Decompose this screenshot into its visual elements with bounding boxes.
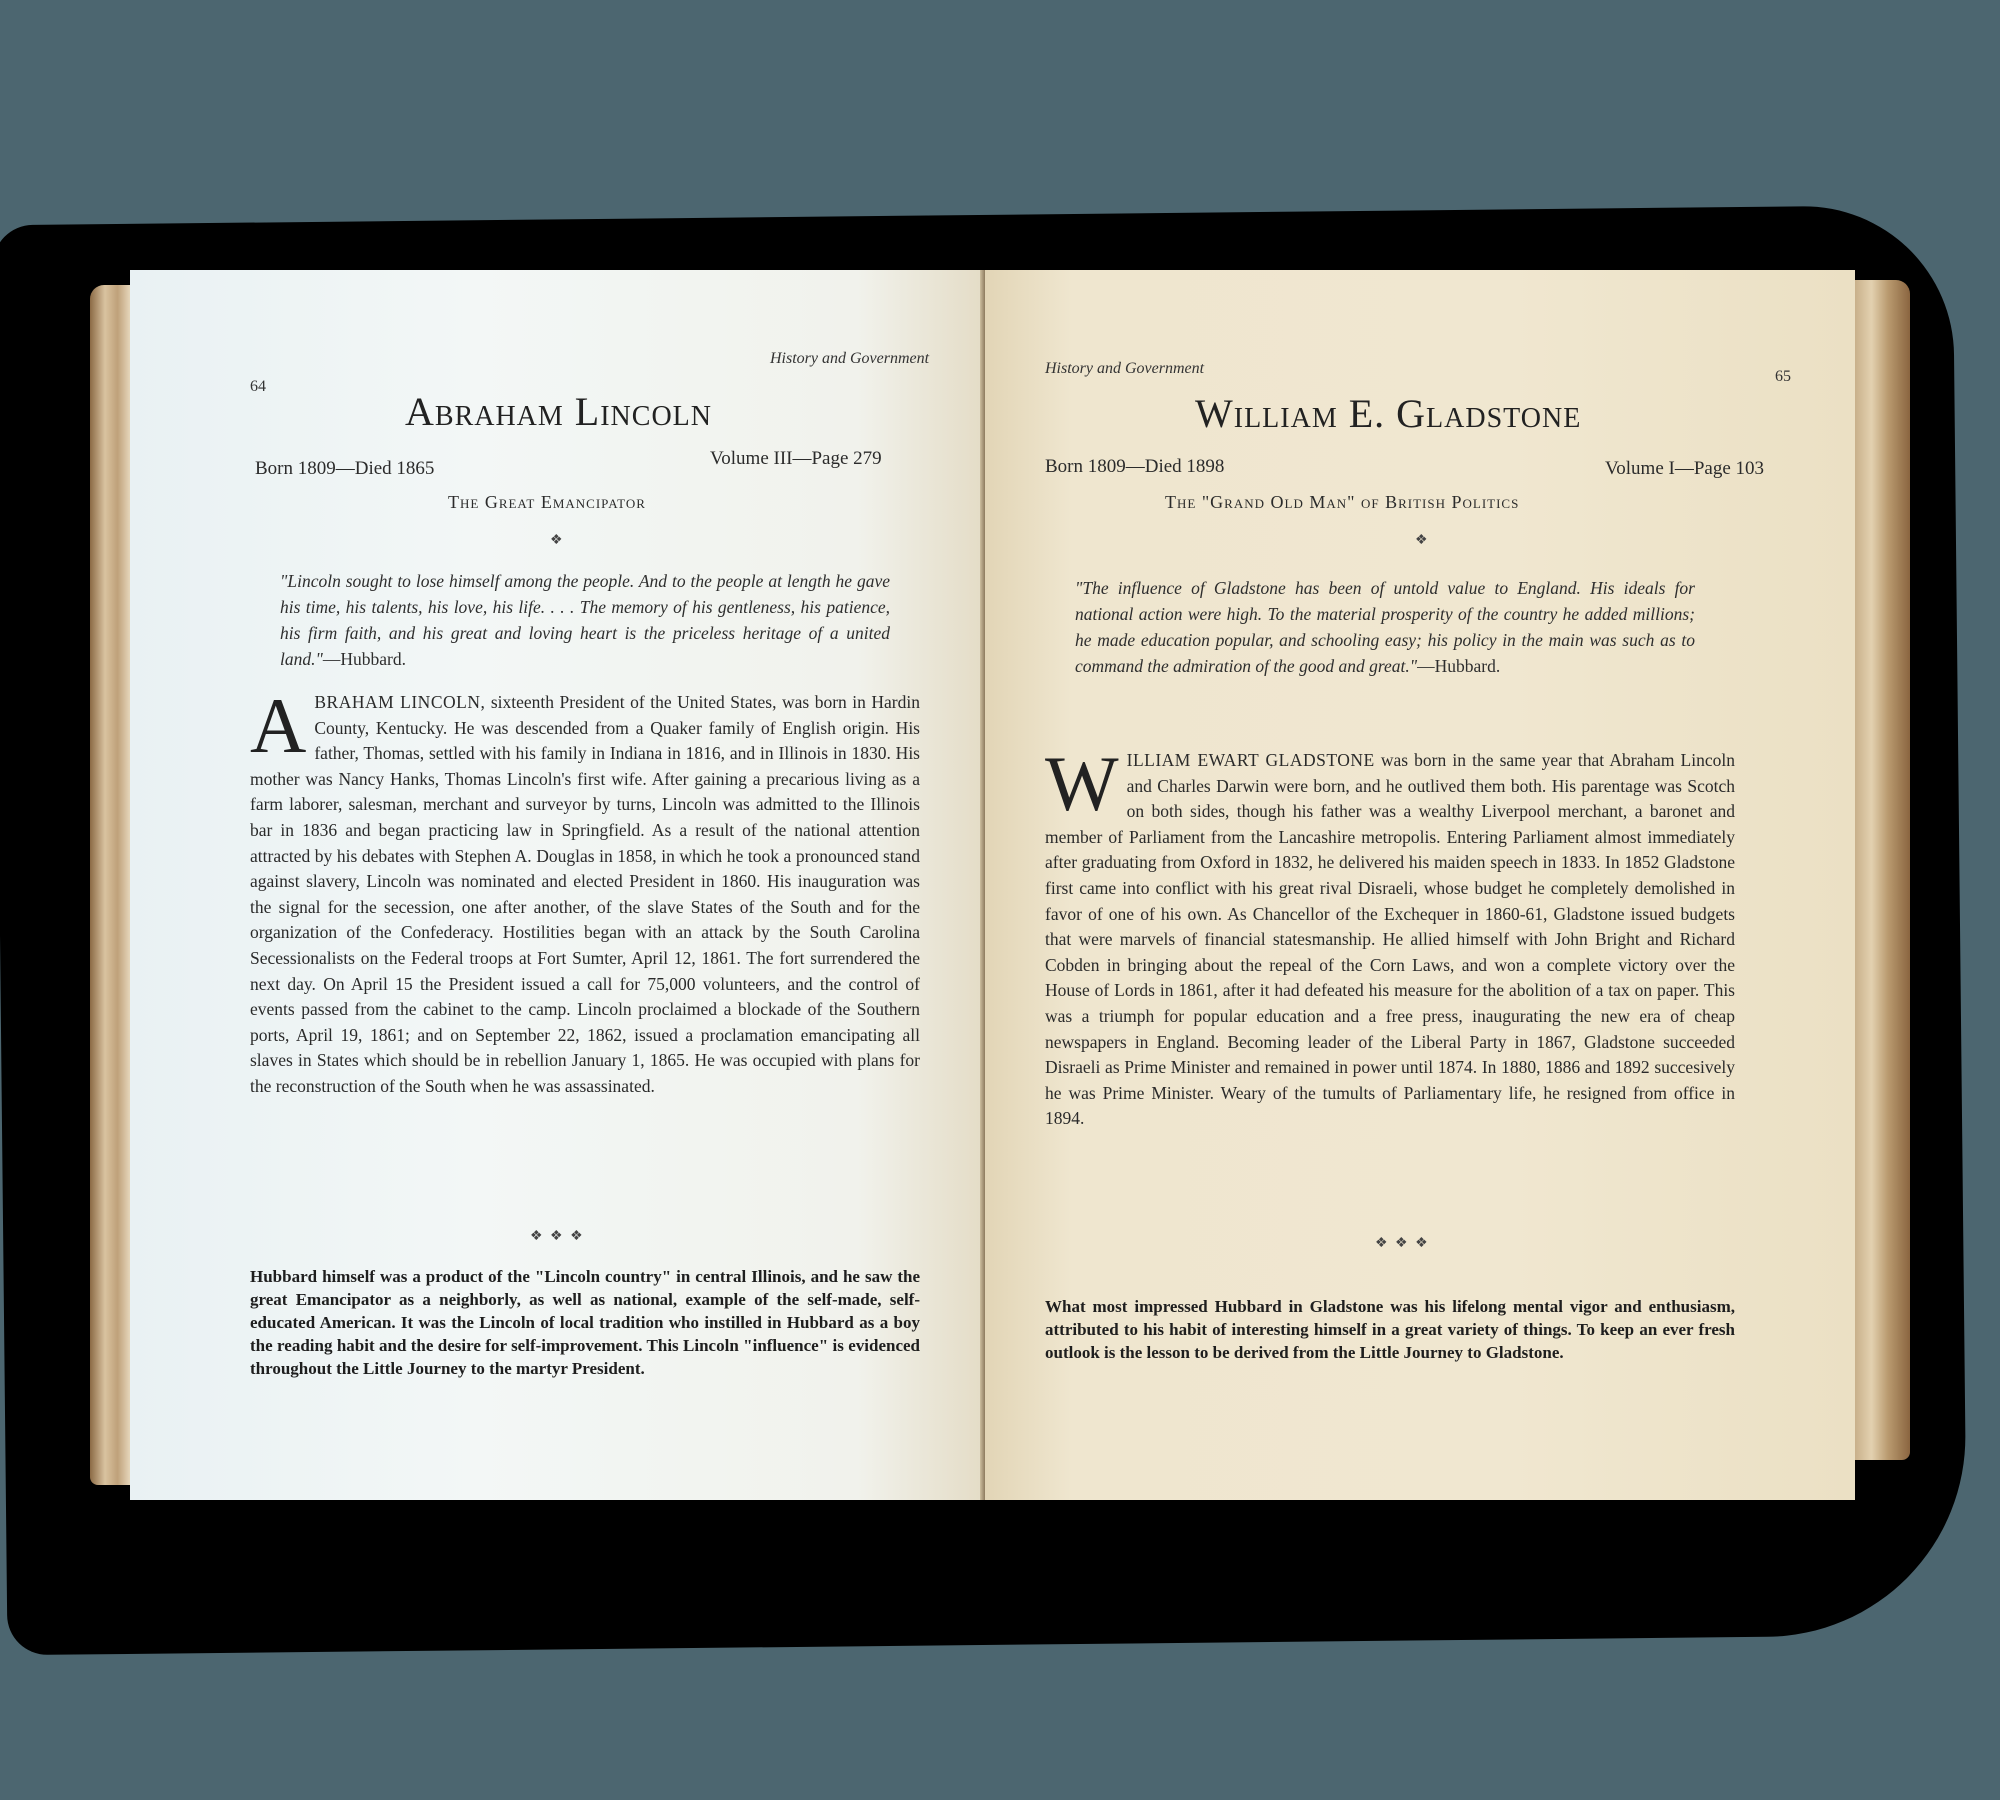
section-ornament-icon: ❖ ❖ ❖ bbox=[530, 1228, 585, 1245]
editorial-note: What most impressed Hubbard in Gladstone… bbox=[1045, 1295, 1735, 1364]
quote-attribution: —Hubbard. bbox=[323, 649, 406, 669]
subtitle: The "Grand Old Man" of British Politics bbox=[1165, 492, 1519, 513]
body-paragraph: was born in the same year that Abraham L… bbox=[1045, 750, 1735, 1128]
page-title: William E. Gladstone bbox=[1195, 390, 1581, 437]
volume-reference: Volume I—Page 103 bbox=[1605, 458, 1764, 480]
subtitle: The Great Emancipator bbox=[448, 492, 646, 513]
page-number: 65 bbox=[1775, 368, 1791, 386]
right-page: History and Government 65 William E. Gla… bbox=[985, 270, 1855, 1500]
drop-cap: W bbox=[1045, 752, 1119, 816]
drop-cap: A bbox=[250, 694, 306, 758]
section-ornament-icon: ❖ ❖ ❖ bbox=[1375, 1235, 1430, 1252]
volume-reference: Volume III—Page 279 bbox=[710, 448, 882, 470]
ornament-icon: ❖ bbox=[550, 532, 563, 549]
running-head: History and Government bbox=[1045, 360, 1204, 378]
biography-text: WILLIAM EWART GLADSTONE was born in the … bbox=[1045, 748, 1735, 1132]
page-number: 64 bbox=[250, 378, 266, 396]
quote-attribution: —Hubbard. bbox=[1417, 656, 1500, 676]
body-paragraph: sixteenth President of the United States… bbox=[250, 692, 920, 1096]
quote-text: "The influence of Gladstone has been of … bbox=[1075, 578, 1695, 676]
right-cover-edge bbox=[1855, 280, 1910, 1460]
lead-name: ILLIAM EWART GLADSTONE bbox=[1127, 750, 1375, 770]
epigraph-quote: "The influence of Gladstone has been of … bbox=[1075, 575, 1695, 679]
epigraph-quote: "Lincoln sought to lose himself among th… bbox=[280, 568, 890, 672]
lead-name: BRAHAM LINCOLN, bbox=[314, 692, 485, 712]
left-page: 64 History and Government Abraham Lincol… bbox=[130, 270, 985, 1500]
ornament-icon: ❖ bbox=[1415, 532, 1428, 549]
biography-text: ABRAHAM LINCOLN, sixteenth President of … bbox=[250, 690, 920, 1100]
born-died: Born 1809—Died 1865 bbox=[255, 458, 434, 480]
running-head: History and Government bbox=[770, 350, 929, 368]
open-book: 64 History and Government Abraham Lincol… bbox=[90, 270, 1910, 1500]
editorial-note: Hubbard himself was a product of the "Li… bbox=[250, 1265, 920, 1380]
born-died: Born 1809—Died 1898 bbox=[1045, 456, 1224, 478]
page-title: Abraham Lincoln bbox=[405, 388, 712, 435]
